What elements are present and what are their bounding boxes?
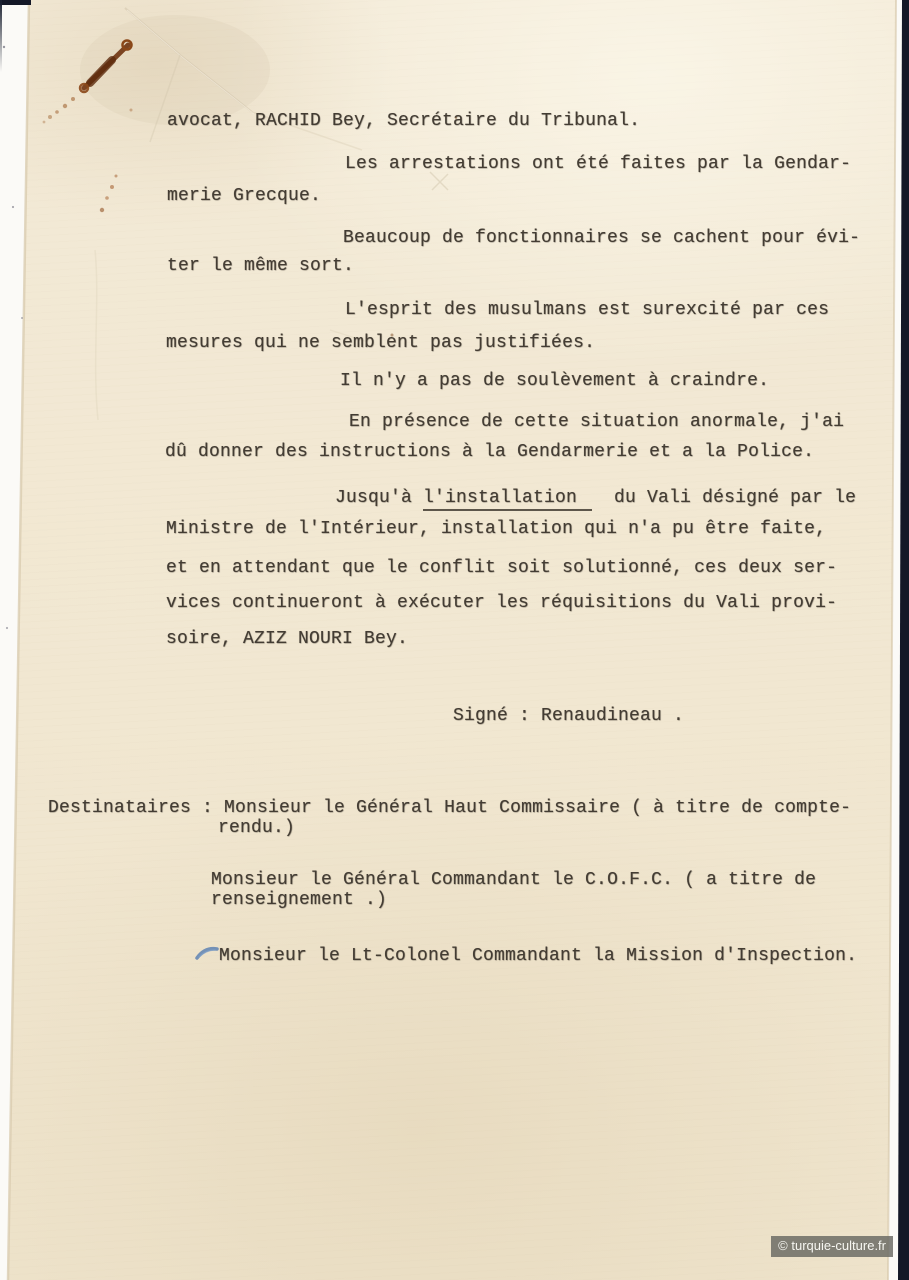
scanner-edge-left-strip: [0, 0, 2, 72]
typewritten-line: L'esprit des musulmans est surexcité par…: [345, 300, 829, 320]
typewritten-line: et en attendant que le conflit soit solu…: [166, 558, 837, 578]
typewritten-line: Destinataires : Monsieur le Général Haut…: [48, 798, 851, 818]
typewritten-line: Monsieur le Lt-Colonel Commandant la Mis…: [219, 946, 857, 966]
typewritten-line: Jusqu'à l'installation du Vali désigné p…: [335, 488, 856, 508]
typewritten-text-layer: avocat, RACHID Bey, Secrétaire du Tribun…: [0, 0, 909, 1280]
underlined-phrase: l'installation: [423, 488, 592, 511]
line-fragment: du Vali désigné par le: [592, 488, 856, 508]
typewritten-line: vices continueront à exécuter les réquis…: [166, 593, 837, 613]
typewritten-line: Il n'y a pas de soulèvement à craindre.: [340, 371, 769, 391]
typewritten-line: merie Grecque.: [167, 186, 321, 206]
typewritten-line: soire, AZIZ NOURI Bey.: [166, 629, 408, 649]
typewritten-line: Signé : Renaudineau .: [453, 706, 684, 726]
typewritten-line: Les arrestations ont été faites par la G…: [345, 154, 851, 174]
scanner-edge-top-left: [0, 0, 31, 5]
typewritten-line: rendu.): [218, 818, 295, 838]
typewritten-line: Monsieur le Général Commandant le C.O.F.…: [211, 870, 816, 890]
typewritten-line: renseignement .): [211, 890, 387, 910]
line-fragment: Jusqu'à: [335, 488, 423, 508]
typewritten-line: Ministre de l'Intérieur, installation qu…: [166, 519, 826, 539]
scanned-document: avocat, RACHID Bey, Secrétaire du Tribun…: [0, 0, 909, 1280]
typewritten-line: En présence de cette situation anormale,…: [349, 412, 844, 432]
typewritten-line: mesures qui ne semblent pas justifiées.: [166, 333, 595, 353]
typewritten-line: avocat, RACHID Bey, Secrétaire du Tribun…: [167, 111, 640, 131]
typewritten-line: dû donner des instructions à la Gendarme…: [165, 442, 814, 462]
source-credit-watermark: © turquie-culture.fr: [771, 1236, 893, 1257]
typewritten-line: Beaucoup de fonctionnaires se cachent po…: [343, 228, 860, 248]
typewritten-line: ter le même sort.: [167, 256, 354, 276]
